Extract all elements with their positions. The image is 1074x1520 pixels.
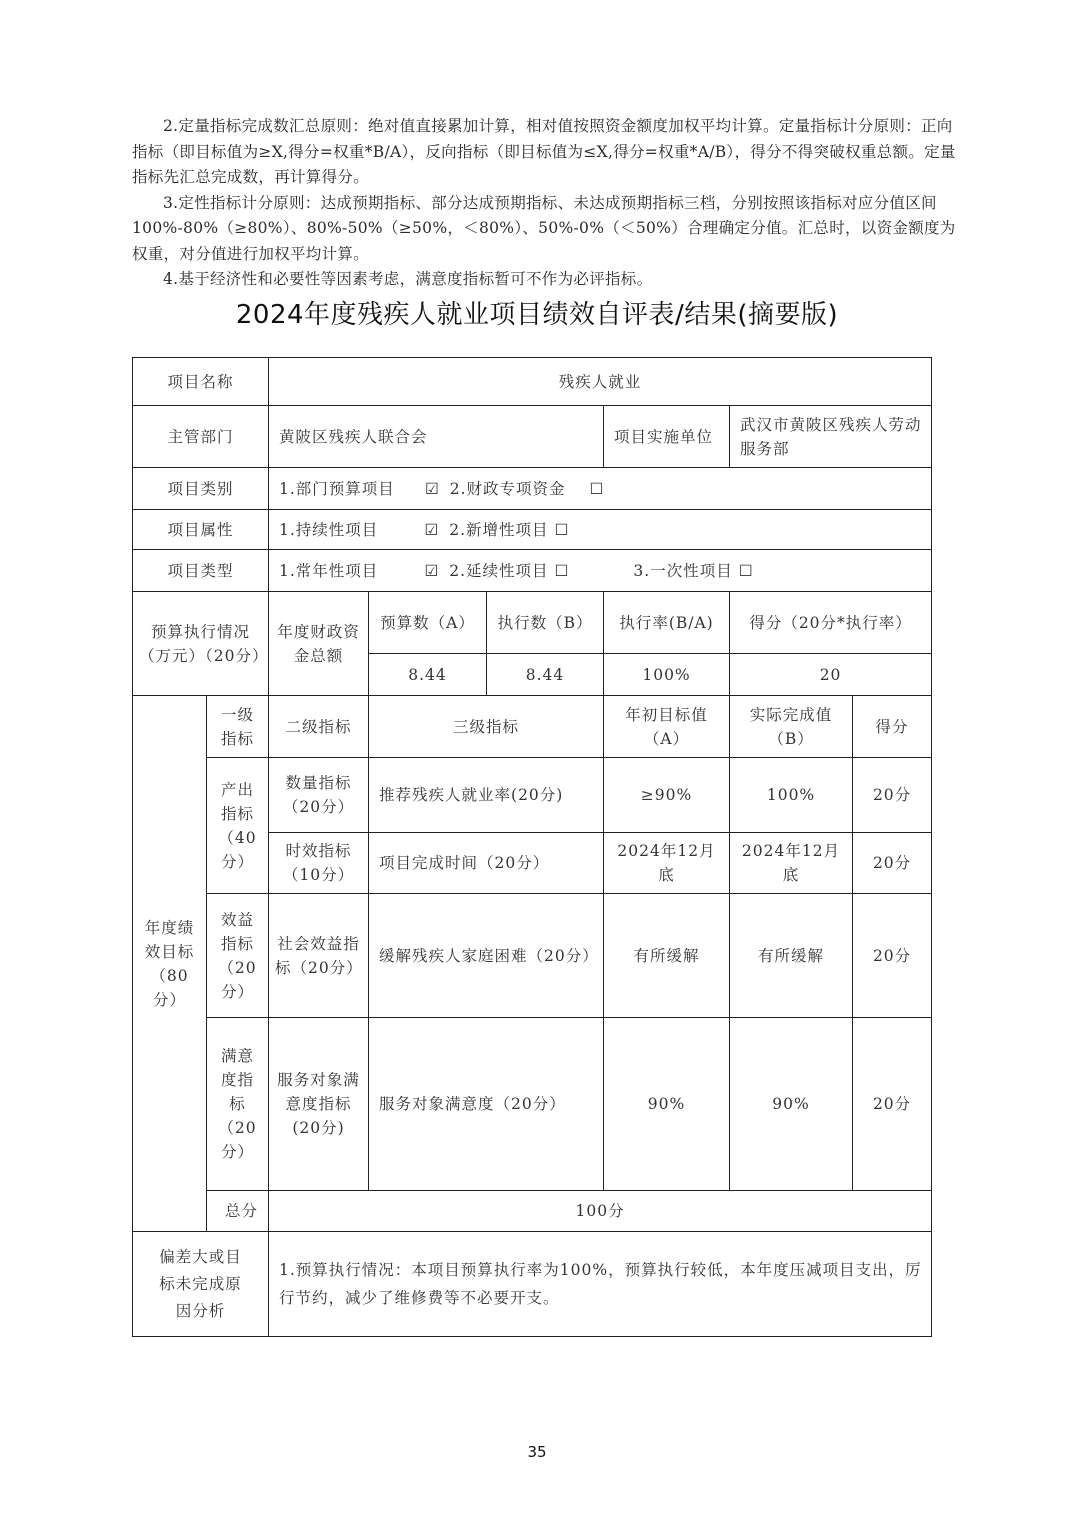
target-value: 90% (604, 1018, 730, 1191)
l2-indicator: 数量指标（20分） (269, 758, 369, 833)
total-label: 总分 (207, 1191, 269, 1232)
l2-indicator: 时效指标（10分） (269, 833, 369, 894)
budget-value: 100% (604, 654, 730, 696)
budget-header: 执行率(B/A) (604, 592, 730, 654)
l1-indicator: 效益指标（20分） (207, 894, 269, 1018)
perf-header: 得分 (853, 696, 932, 758)
table-row: 预算执行情况（万元）（20分） 年度财政资金总额 预算数（A） 执行数（B） 执… (133, 592, 932, 654)
table-row: 项目属性 1.持续性项目☑2.新增性项目☐ (133, 510, 932, 550)
actual-value: 有所缓解 (730, 894, 853, 1018)
target-value: ≥90% (604, 758, 730, 833)
option-label: 3.一次性项目 (633, 559, 732, 583)
impl-label: 项目实施单位 (604, 406, 730, 468)
target-value: 2024年12月底 (604, 833, 730, 894)
type-options: 1.常年性项目☑2.延续性项目☐3.一次性项目☐ (269, 550, 932, 592)
dept-label: 主管部门 (133, 406, 269, 468)
target-value: 有所缓解 (604, 894, 730, 1018)
budget-header: 执行数（B） (487, 592, 604, 654)
option-label: 2.新增性项目 (449, 518, 548, 542)
actual-value: 100% (730, 758, 853, 833)
score-value: 20分 (853, 833, 932, 894)
type-label: 项目类型 (133, 550, 269, 592)
budget-value: 20 (730, 654, 932, 696)
l2-indicator: 社会效益指标（20分） (269, 894, 369, 1018)
l3-indicator: 推荐残疾人就业率(20分) (369, 758, 604, 833)
table-row: 项目名称 残疾人就业 (133, 358, 932, 406)
analysis-text: 1.预算执行情况：本项目预算执行率为100%，预算执行较低，本年度压减项目支出，… (269, 1232, 932, 1337)
table-row: 产出指标（40分） 数量指标（20分） 推荐残疾人就业率(20分) ≥90% 1… (133, 758, 932, 833)
project-name-label: 项目名称 (133, 358, 269, 406)
actual-value: 2024年12月底 (730, 833, 853, 894)
l3-indicator: 缓解残疾人家庭困难（20分） (369, 894, 604, 1018)
budget-label: 预算执行情况（万元）（20分） (133, 592, 269, 696)
checked-checkbox-icon: ☑ (424, 559, 439, 583)
budget-header: 预算数（A） (369, 592, 487, 654)
table-row: 效益指标（20分） 社会效益指标（20分） 缓解残疾人家庭困难（20分） 有所缓… (133, 894, 932, 1018)
perf-header: 实际完成值（B） (730, 696, 853, 758)
unchecked-checkbox-icon: ☐ (590, 477, 605, 501)
option-label: 2.财政专项资金 (450, 477, 566, 501)
table-row: 满意度指标（20分） 服务对象满意度指标(20分) 服务对象满意度（20分） 9… (133, 1018, 932, 1191)
table-title: 2024年度残疾人就业项目绩效自评表/结果(摘要版) (0, 294, 1074, 331)
table-row: 项目类型 1.常年性项目☑2.延续性项目☐3.一次性项目☐ (133, 550, 932, 592)
option-label: 1.部门预算项目 (279, 477, 395, 501)
option-label: 1.常年性项目 (279, 559, 378, 583)
l3-indicator: 项目完成时间（20分） (369, 833, 604, 894)
unchecked-checkbox-icon: ☐ (555, 518, 570, 542)
table-row: 偏差大或目标未完成原因分析 1.预算执行情况：本项目预算执行率为100%，预算执… (133, 1232, 932, 1337)
analysis-label: 偏差大或目标未完成原因分析 (133, 1232, 269, 1337)
attr-options: 1.持续性项目☑2.新增性项目☐ (269, 510, 932, 550)
intro-paragraphs: 2.定量指标完成数汇总原则：绝对值直接累加计算，相对值按照资金额度加权平均计算。… (132, 114, 962, 293)
budget-header: 得分（20分*执行率） (730, 592, 932, 654)
perf-header: 年初目标值（A） (604, 696, 730, 758)
l1-indicator: 产出指标（40分） (207, 758, 269, 894)
budget-sub-label: 年度财政资金总额 (269, 592, 369, 696)
score-value: 20分 (853, 1018, 932, 1191)
l2-indicator: 服务对象满意度指标(20分) (269, 1018, 369, 1191)
dept-value: 黄陂区残疾人联合会 (269, 406, 604, 468)
paragraph: 4.基于经济性和必要性等因素考虑，满意度指标暂可不作为必评指标。 (132, 267, 962, 293)
option-label: 1.持续性项目 (279, 518, 378, 542)
page-number: 35 (0, 1443, 1074, 1461)
option-label: 2.延续性项目 (449, 559, 548, 583)
budget-value: 8.44 (487, 654, 604, 696)
l1-indicator: 满意度指标（20分） (207, 1018, 269, 1191)
attr-label: 项目属性 (133, 510, 269, 550)
checked-checkbox-icon: ☑ (424, 518, 439, 542)
impl-value: 武汉市黄陂区残疾人劳动服务部 (730, 406, 932, 468)
budget-value: 8.44 (369, 654, 487, 696)
table-row: 主管部门 黄陂区残疾人联合会 项目实施单位 武汉市黄陂区残疾人劳动服务部 (133, 406, 932, 468)
table-row: 总分 100分 (133, 1191, 932, 1232)
project-name-value: 残疾人就业 (269, 358, 932, 406)
perf-header: 三级指标 (369, 696, 604, 758)
perf-header: 二级指标 (269, 696, 369, 758)
category-label: 项目类别 (133, 468, 269, 510)
table-row: 年度绩效目标（80分） 一级指标 二级指标 三级指标 年初目标值（A） 实际完成… (133, 696, 932, 758)
score-value: 20分 (853, 758, 932, 833)
paragraph: 3.定性指标计分原则：达成预期指标、部分达成预期指标、未达成预期指标三档，分别按… (132, 191, 962, 268)
unchecked-checkbox-icon: ☐ (555, 559, 570, 583)
evaluation-table: 项目名称 残疾人就业 主管部门 黄陂区残疾人联合会 项目实施单位 武汉市黄陂区残… (132, 357, 932, 1337)
score-value: 20分 (853, 894, 932, 1018)
table-row: 项目类别 1.部门预算项目☑2.财政专项资金☐ (133, 468, 932, 510)
actual-value: 90% (730, 1018, 853, 1191)
category-options: 1.部门预算项目☑2.财政专项资金☐ (269, 468, 932, 510)
checked-checkbox-icon: ☑ (425, 477, 440, 501)
paragraph: 2.定量指标完成数汇总原则：绝对值直接累加计算，相对值按照资金额度加权平均计算。… (132, 114, 962, 191)
total-value: 100分 (269, 1191, 932, 1232)
l3-indicator: 服务对象满意度（20分） (369, 1018, 604, 1191)
unchecked-checkbox-icon: ☐ (739, 559, 754, 583)
perf-label: 年度绩效目标（80分） (133, 696, 207, 1232)
perf-header: 一级指标 (207, 696, 269, 758)
